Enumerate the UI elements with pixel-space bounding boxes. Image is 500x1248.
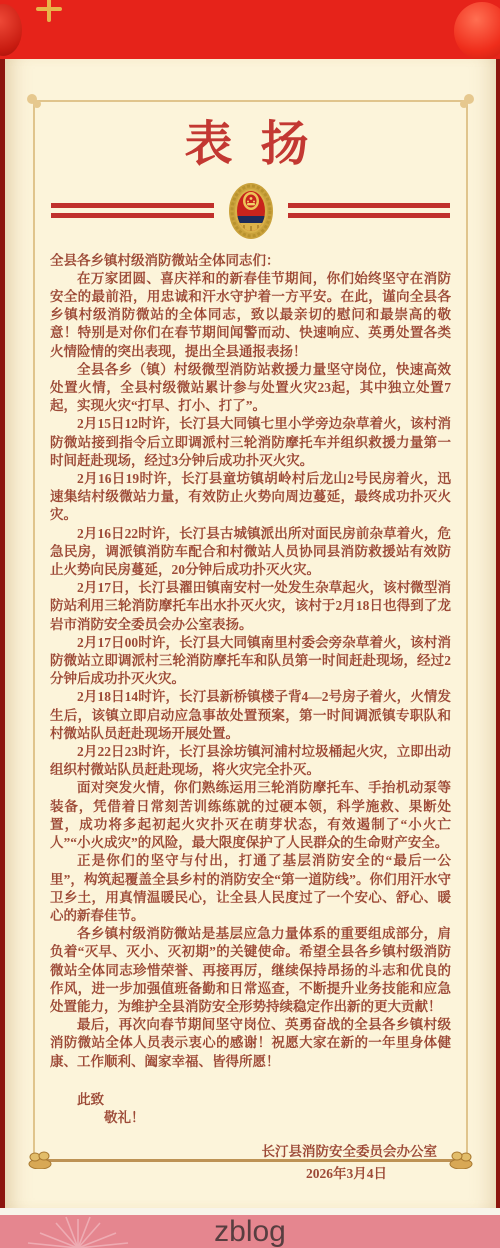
commendation-page: 表 扬 — [0, 0, 500, 1248]
letter-paragraph: 面对突发火情，你们熟练运用三轮消防摩托车、手抬机动泵等装备，凭借着日常刻苦训练练… — [50, 779, 451, 852]
letter-paragraph: 2月17日，长汀县濯田镇南安村一处发生杂草起火，该村微型消防站利用三轮消防摩托车… — [50, 579, 451, 634]
letter-paragraph: 在万家团圆、喜庆祥和的新春佳节期间，你们始终坚守在消防安全的最前沿，用忠诚和汗水… — [50, 270, 451, 361]
footer-banner: zblog — [0, 1215, 500, 1248]
certificate-paper: 表 扬 — [5, 59, 496, 1208]
letter-paragraph: 2月22日23时许，长汀县涂坊镇河浦村垃圾桶起火灾，立即出动组织村微站队员赶赴现… — [50, 743, 451, 779]
corner-ornament-icon — [27, 1149, 53, 1169]
letter-paragraph: 2月16日19时许，长汀县童坊镇胡岭村后龙山2号民房着火，迅速集结村级微站力量，… — [50, 470, 451, 525]
letter-paragraph: 2月18日14时许，长汀县新桥镇楼子背4—2号房子着火，火情发生后，该镇立即启动… — [50, 688, 451, 743]
letter-closing: 此致 敬礼！ — [50, 1091, 451, 1127]
closing-zhici: 此致 — [50, 1091, 451, 1109]
letter-paragraph: 2月16日22时许，长汀县古城镇派出所对面民房前杂草着火，危急民房，调派镇消防车… — [50, 525, 451, 580]
firework-icon — [18, 1215, 138, 1248]
letter-paragraph: 最后，再次向春节期间坚守岗位、英勇奋战的全县各乡镇村级消防微站全体人员表示衷心的… — [50, 1016, 451, 1071]
sparkle-icon — [36, 0, 62, 22]
letter-paragraph: 全县各乡（镇）村级微型消防站救援力量坚守岗位，快速高效处置火情，全县村级微站累计… — [50, 361, 451, 416]
title-divider — [35, 182, 466, 240]
signature: 长汀县消防安全委员会办公室 — [50, 1143, 437, 1161]
corner-ornament-icon — [460, 94, 474, 108]
top-red-banner — [0, 0, 500, 59]
page-title: 表 扬 — [35, 116, 466, 174]
letter-body: 全县各乡镇村级消防微站全体同志们： 在万家团圆、喜庆祥和的新春佳节期间，你们始终… — [35, 240, 466, 1184]
closing-jingli: 敬礼！ — [50, 1109, 451, 1127]
divider-stripes-left — [51, 203, 214, 218]
divider-stripes-right — [288, 203, 451, 218]
signature-date: 2026年3月4日 — [50, 1165, 387, 1183]
letter-paragraph: 各乡镇村级消防微站是基层应急力量体系的重要组成部分，肩负着“灭早、灭小、灭初期”… — [50, 925, 451, 1016]
corner-ornament-icon — [27, 94, 41, 108]
fire-rescue-emblem-icon — [228, 182, 274, 240]
letter-paragraph: 2月15日12时许，长汀县大同镇七里小学旁边杂草着火，该村消防微站接到指令后立即… — [50, 415, 451, 470]
paper-bottom-edge — [0, 1208, 500, 1215]
corner-ornament-icon — [448, 1149, 474, 1169]
decorative-frame: 表 扬 — [33, 100, 468, 1162]
footer-brand-link[interactable]: zblog — [214, 1215, 286, 1248]
salutation: 全县各乡镇村级消防微站全体同志们： — [50, 252, 451, 270]
letter-paragraph: 2月17日00时许，长汀县大同镇南里村委会旁杂草着火，该村消防微站立即调派村三轮… — [50, 634, 451, 689]
letter-paragraph: 正是你们的坚守与付出，打通了基层消防安全的“最后一公里”，构筑起覆盖全县乡村的消… — [50, 852, 451, 925]
